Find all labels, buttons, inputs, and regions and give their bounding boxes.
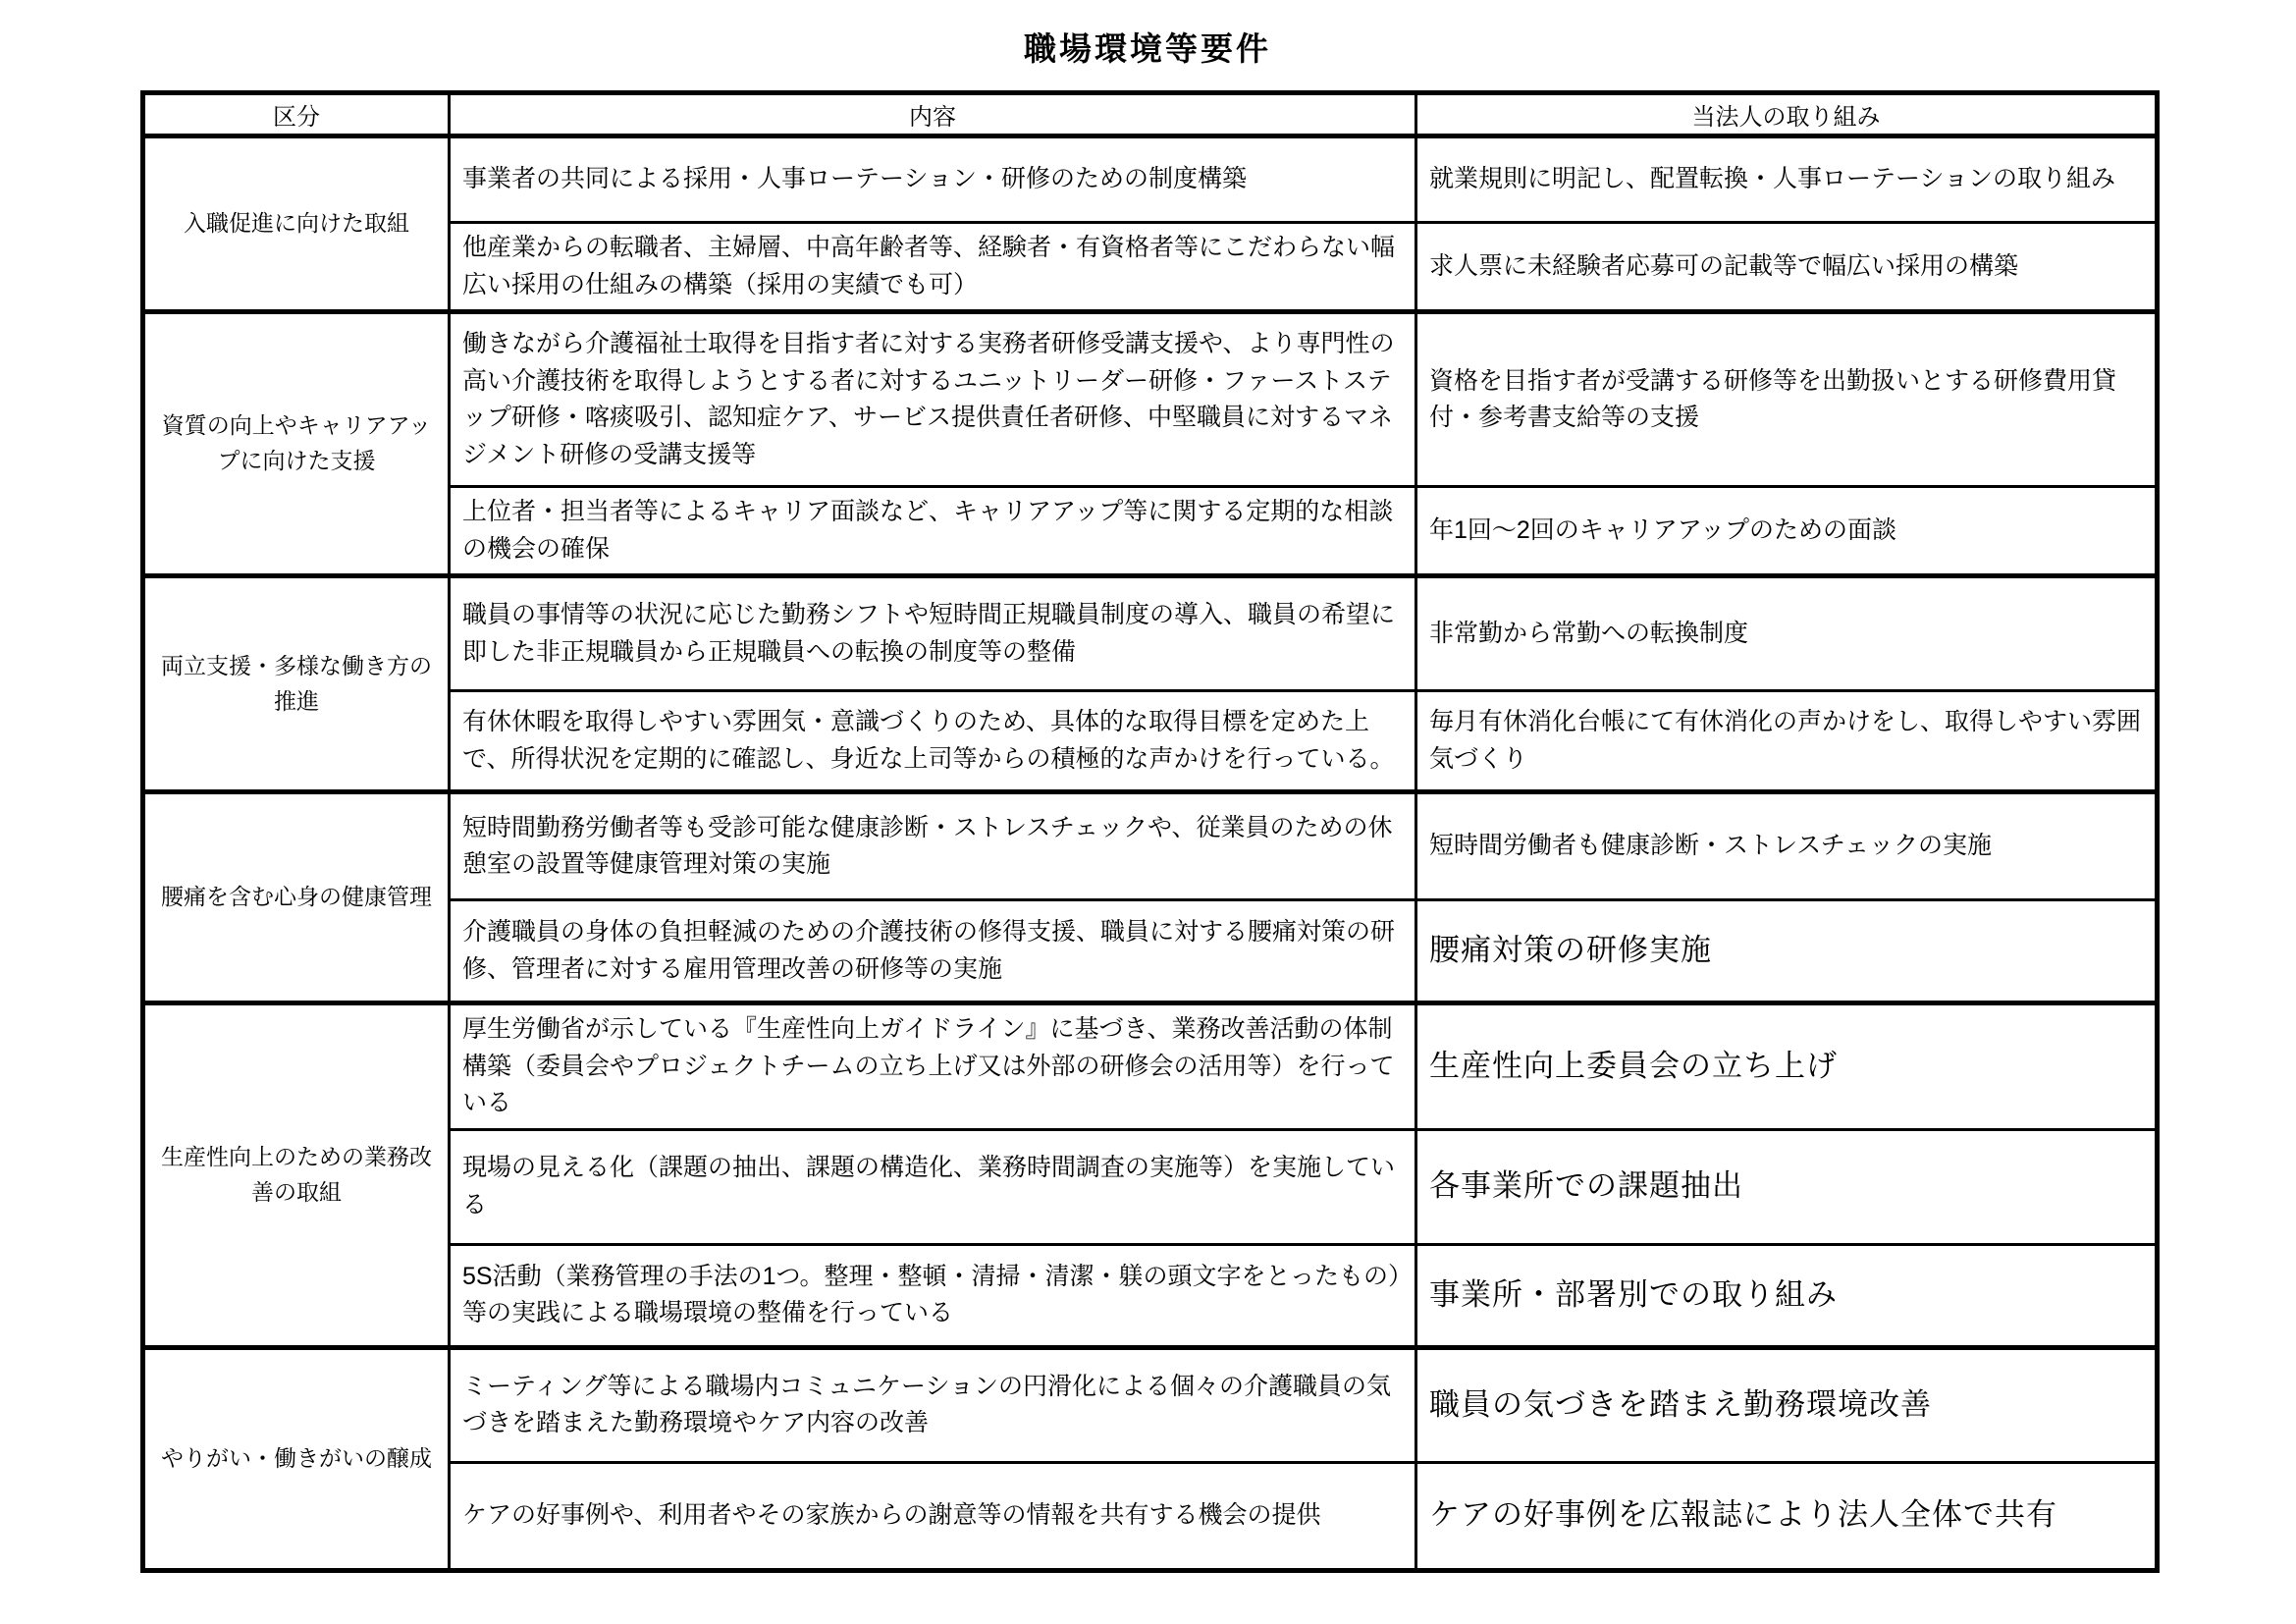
initiative-cell: 年1回～2回のキャリアアップのための面談 [1416,487,2158,576]
table-row: 入職促進に向けた取組事業者の共同による採用・人事ローテーション・研修のための制度… [143,136,2158,223]
column-header-initiative: 当法人の取り組み [1416,93,2158,136]
category-cell: 腰痛を含む心身の健康管理 [143,792,450,1003]
initiative-cell: 各事業所での課題抽出 [1416,1129,2158,1244]
initiative-cell: 毎月有休消化台帳にて有休消化の声かけをし、取得しやすい雰囲気づくり [1416,691,2158,792]
table-row: 両立支援・多様な働き方の推進職員の事情等の状況に応じた勤務シフトや短時間正規職員… [143,576,2158,691]
initiative-cell: 腰痛対策の研修実施 [1416,900,2158,1003]
initiative-cell: 求人票に未経験者応募可の記載等で幅広い採用の構築 [1416,223,2158,312]
content-cell: 働きながら介護福祉士取得を目指す者に対する実務者研修受講支援や、より専門性の高い… [450,312,1416,487]
initiative-cell: 就業規則に明記し、配置転換・人事ローテーションの取り組み [1416,136,2158,223]
content-cell: 他産業からの転職者、主婦層、中高年齢者等、経験者・有資格者等にこだわらない幅広い… [450,223,1416,312]
table-row: 生産性向上のための業務改善の取組厚生労働省が示している『生産性向上ガイドライン』… [143,1003,2158,1130]
content-cell: 短時間勤務労働者等も受診可能な健康診断・ストレスチェックや、従業員のための休憩室… [450,792,1416,900]
category-cell: やりがい・働きがいの醸成 [143,1347,450,1570]
content-cell: 介護職員の身体の負担軽減のための介護技術の修得支援、職員に対する腰痛対策の研修、… [450,900,1416,1003]
initiative-cell: 生産性向上委員会の立ち上げ [1416,1003,2158,1130]
initiative-cell: 非常勤から常勤への転換制度 [1416,576,2158,691]
content-cell: 現場の見える化（課題の抽出、課題の構造化、業務時間調査の実施等）を実施している [450,1129,1416,1244]
column-header-category: 区分 [143,93,450,136]
content-cell: ミーティング等による職場内コミュニケーションの円滑化による個々の介護職員の気づき… [450,1347,1416,1462]
table-row: やりがい・働きがいの醸成ミーティング等による職場内コミュニケーションの円滑化によ… [143,1347,2158,1462]
category-cell: 資質の向上やキャリアアップに向けた支援 [143,312,450,576]
initiative-cell: 事業所・部署別での取り組み [1416,1244,2158,1347]
initiative-cell: 短時間労働者も健康診断・ストレスチェックの実施 [1416,792,2158,900]
content-cell: 職員の事情等の状況に応じた勤務シフトや短時間正規職員制度の導入、職員の希望に即し… [450,576,1416,691]
category-cell: 入職促進に向けた取組 [143,136,450,312]
category-cell: 両立支援・多様な働き方の推進 [143,576,450,792]
content-cell: 有休休暇を取得しやすい雰囲気・意識づくりのため、具体的な取得目標を定めた上で、所… [450,691,1416,792]
page-title: 職場環境等要件 [140,24,2155,70]
content-cell: 上位者・担当者等によるキャリア面談など、キャリアアップ等に関する定期的な相談の機… [450,487,1416,576]
initiative-cell: 職員の気づきを踏まえ勤務環境改善 [1416,1347,2158,1462]
table-row: 腰痛を含む心身の健康管理短時間勤務労働者等も受診可能な健康診断・ストレスチェック… [143,792,2158,900]
content-cell: ケアの好事例や、利用者やその家族からの謝意等の情報を共有する機会の提供 [450,1462,1416,1570]
initiative-cell: ケアの好事例を広報誌により法人全体で共有 [1416,1462,2158,1570]
header-row: 区分 内容 当法人の取り組み [143,93,2158,136]
content-cell: 厚生労働省が示している『生産性向上ガイドライン』に基づき、業務改善活動の体制構築… [450,1003,1416,1130]
document-page: 職場環境等要件 区分 内容 当法人の取り組み 入職促進に向けた取組事業者の共同に… [0,0,2296,1624]
category-cell: 生産性向上のための業務改善の取組 [143,1003,450,1348]
table-row: 資質の向上やキャリアアップに向けた支援働きながら介護福祉士取得を目指す者に対する… [143,312,2158,487]
content-cell: 事業者の共同による採用・人事ローテーション・研修のための制度構築 [450,136,1416,223]
initiative-cell: 資格を目指す者が受講する研修等を出勤扱いとする研修費用貸付・参考書支給等の支援 [1416,312,2158,487]
workplace-requirements-table: 区分 内容 当法人の取り組み 入職促進に向けた取組事業者の共同による採用・人事ロ… [140,90,2160,1573]
column-header-content: 内容 [450,93,1416,136]
content-cell: 5S活動（業務管理の手法の1つ。整理・整頓・清掃・清潔・躾の頭文字をとったもの）… [450,1244,1416,1347]
